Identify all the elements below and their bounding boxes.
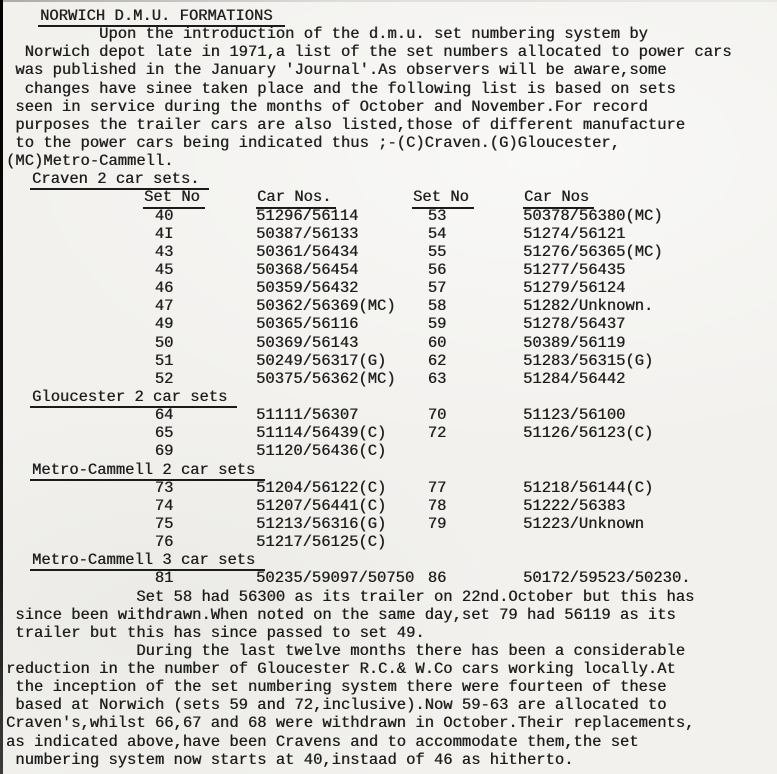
text-line: numbering system now starts at 40,instaa… — [6, 751, 777, 769]
car-nos-right-cell: 50378/56380(MC) — [523, 207, 663, 225]
set-no-left-cell: 64 — [116, 406, 212, 424]
scan-edge-artifact — [0, 0, 3, 774]
set-no-right-cell: 58 — [406, 297, 468, 315]
table-row: 65 51114/56439(C) 72 51126/56123(C) — [6, 424, 777, 442]
set-no-left-cell: 43 — [116, 243, 212, 261]
table-row: 43 50361/56434 55 51276/56365(MC) — [6, 243, 777, 261]
table-row: 75 51213/56316(G) 79 51223/Unknown — [6, 515, 777, 533]
set-no-left-cell: 75 — [116, 515, 212, 533]
text-line: was published in the January 'Journal'.A… — [6, 61, 777, 79]
table-row: 69 51120/56436(C) — [6, 442, 777, 460]
text-line: trailer but this has since passed to set… — [6, 624, 777, 642]
section-heading-line: Gloucester 2 car sets — [6, 388, 777, 406]
table-row: 64 51111/56307 70 51123/56100 — [6, 406, 777, 424]
set-no-right-cell: 55 — [406, 243, 468, 261]
table-row: 49 50365/56116 59 51278/56437 — [6, 315, 777, 333]
car-nos-left-cell: 51213/56316(G) — [256, 515, 386, 533]
table-body-craven: 40 51296/56114 53 50378/56380(MC) 4I 503… — [6, 207, 777, 388]
car-nos-right-cell: 51218/56144(C) — [523, 479, 653, 497]
set-no-left-cell: 65 — [116, 424, 212, 442]
set-no-right-cell: 63 — [406, 370, 468, 388]
set-no-left-cell: 52 — [116, 370, 212, 388]
table-row: 47 50362/56369(MC) 58 51282/Unknown. — [6, 297, 777, 315]
text-line: Norwich depot late in 1971,a list of the… — [6, 43, 777, 61]
table-row: 4I 50387/56133 54 51274/56121 — [6, 225, 777, 243]
set-no-left-cell: 4I — [116, 225, 212, 243]
set-no-left-cell: 49 — [116, 315, 212, 333]
set-no-right-cell: 79 — [406, 515, 468, 533]
car-nos-left-cell: 51204/56122(C) — [256, 479, 386, 497]
section-metro-cammell-3-car-sets: Metro-Cammell 3 car sets 81 50235/59097/… — [6, 551, 777, 587]
car-nos-right-cell: 51279/56124 — [523, 279, 625, 297]
set-no-right-cell: 70 — [406, 406, 468, 424]
set-no-right-cell: 53 — [406, 207, 468, 225]
set-no-left-cell: 69 — [116, 442, 212, 460]
car-nos-right-cell: 51284/56442 — [523, 370, 625, 388]
set-no-right-cell: 62 — [406, 352, 468, 370]
text-line: Craven's,whilst 66,67 and 68 were withdr… — [6, 714, 777, 732]
car-nos-left-cell: 51111/56307 — [256, 406, 358, 424]
page-title: NORWICH D.M.U. FORMATIONS — [38, 7, 285, 27]
col-header-car-nos-right: Car Nos — [523, 188, 594, 208]
text-line: based at Norwich (sets 59 and 72,inclusi… — [6, 696, 777, 714]
paragraph-trailer-notes: Set 58 had 56300 as its trailer on 22nd.… — [6, 588, 777, 642]
section-gloucester-2-car-sets: Gloucester 2 car sets 64 51111/56307 70 … — [6, 388, 777, 461]
table-header-row: Set No Car Nos. Set No Car Nos — [6, 188, 777, 206]
car-nos-right-cell: 51276/56365(MC) — [523, 243, 663, 261]
car-nos-left-cell: 50369/56143 — [256, 334, 358, 352]
set-no-left-cell: 51 — [116, 352, 212, 370]
text-line: During the last twelve months there has … — [6, 642, 777, 660]
section-metro-cammell-2-car-sets: Metro-Cammell 2 car sets 73 51204/56122(… — [6, 461, 777, 552]
car-nos-right-cell: 51123/56100 — [523, 406, 625, 424]
car-nos-right-cell: 51126/56123(C) — [523, 424, 653, 442]
table-row: 40 51296/56114 53 50378/56380(MC) — [6, 207, 777, 225]
text-line: since been withdrawn.When noted on the s… — [6, 606, 777, 624]
section-heading-line: Craven 2 car sets. — [6, 170, 777, 188]
car-nos-left-cell: 50365/56116 — [256, 315, 358, 333]
section-heading: Metro-Cammell 3 car sets — [30, 551, 265, 571]
text-line: changes have sinee taken place and the f… — [6, 80, 777, 98]
table-row: 74 51207/56441(C) 78 51222/56383 — [6, 497, 777, 515]
text-line: reduction in the number of Gloucester R.… — [6, 660, 777, 678]
set-no-right-cell: 57 — [406, 279, 468, 297]
car-nos-right-cell: 51283/56315(G) — [523, 352, 653, 370]
car-nos-left-cell: 51114/56439(C) — [256, 424, 386, 442]
set-no-right-cell: 86 — [406, 569, 468, 587]
car-nos-left-cell: 50235/59097/50750 — [256, 569, 414, 587]
set-no-left-cell: 50 — [116, 334, 212, 352]
car-nos-left-cell: 51120/56436(C) — [256, 442, 386, 460]
text-line: as indicated above,have been Cravens and… — [6, 733, 777, 751]
set-no-left-cell: 45 — [116, 261, 212, 279]
text-line: the inception of the set numbering syste… — [6, 678, 777, 696]
car-nos-left-cell: 50362/56369(MC) — [256, 297, 396, 315]
car-nos-right-cell: 51278/56437 — [523, 315, 625, 333]
title-line: NORWICH D.M.U. FORMATIONS — [6, 7, 777, 25]
table-row: 81 50235/59097/50750 86 50172/59523/5023… — [6, 569, 777, 587]
set-no-left-cell: 40 — [116, 207, 212, 225]
document-content: NORWICH D.M.U. FORMATIONS Upon the intro… — [6, 7, 777, 769]
car-nos-left-cell: 50387/56133 — [256, 225, 358, 243]
car-nos-right-cell: 51274/56121 — [523, 225, 625, 243]
document-page: NORWICH D.M.U. FORMATIONS Upon the intro… — [0, 0, 777, 774]
section-heading: Craven 2 car sets. — [30, 170, 209, 190]
table-row: 51 50249/56317(G) 62 51283/56315(G) — [6, 352, 777, 370]
car-nos-left-cell: 50361/56434 — [256, 243, 358, 261]
table-body-gloucester: 64 51111/56307 70 51123/56100 65 51114/5… — [6, 406, 777, 460]
text-line: purposes the trailer cars are also liste… — [6, 116, 777, 134]
table-body-metro-cammell-2: 73 51204/56122(C) 77 51218/56144(C) 74 5… — [6, 479, 777, 552]
set-no-left-cell: 74 — [116, 497, 212, 515]
section-heading-line: Metro-Cammell 3 car sets — [6, 551, 777, 569]
intro-paragraph: Upon the introduction of the d.m.u. set … — [6, 25, 777, 170]
set-no-right-cell: 60 — [406, 334, 468, 352]
col-header-set-no-left: Set No — [143, 188, 205, 208]
text-line: seen in service during the months of Oct… — [6, 98, 777, 116]
set-no-left-cell: 46 — [116, 279, 212, 297]
col-header-car-nos-left: Car Nos. — [256, 188, 336, 208]
col-header-set-no-right: Set No — [412, 188, 474, 208]
set-no-right-cell: 78 — [406, 497, 468, 515]
section-heading: Gloucester 2 car sets — [30, 388, 237, 408]
car-nos-right-cell: 51222/56383 — [523, 497, 625, 515]
set-no-left-cell: 47 — [116, 297, 212, 315]
set-no-right-cell: 54 — [406, 225, 468, 243]
section-heading-line: Metro-Cammell 2 car sets — [6, 461, 777, 479]
set-no-right-cell: 56 — [406, 261, 468, 279]
set-no-right-cell: 72 — [406, 424, 468, 442]
car-nos-right-cell: 51277/56435 — [523, 261, 625, 279]
text-line: Upon the introduction of the d.m.u. set … — [6, 25, 777, 43]
table-row: 50 50369/56143 60 50389/56119 — [6, 334, 777, 352]
car-nos-right-cell: 50389/56119 — [523, 334, 625, 352]
set-no-left-cell: 81 — [116, 569, 212, 587]
scan-top-line-artifact — [3, 0, 777, 2]
car-nos-right-cell: 51223/Unknown — [523, 515, 644, 533]
text-line: to the power cars being indicated thus ;… — [6, 134, 777, 152]
car-nos-left-cell: 50359/56432 — [256, 279, 358, 297]
car-nos-left-cell: 50375/56362(MC) — [256, 370, 396, 388]
set-no-left-cell: 73 — [116, 479, 212, 497]
car-nos-left-cell: 51207/56441(C) — [256, 497, 386, 515]
car-nos-left-cell: 51217/56125(C) — [256, 533, 386, 551]
car-nos-right-cell: 51282/Unknown. — [523, 297, 653, 315]
table-row: 46 50359/56432 57 51279/56124 — [6, 279, 777, 297]
car-nos-left-cell: 50249/56317(G) — [256, 352, 386, 370]
set-no-right-cell: 77 — [406, 479, 468, 497]
text-line: Set 58 had 56300 as its trailer on 22nd.… — [6, 588, 777, 606]
set-no-right-cell: 59 — [406, 315, 468, 333]
car-nos-left-cell: 51296/56114 — [256, 207, 358, 225]
table-row: 73 51204/56122(C) 77 51218/56144(C) — [6, 479, 777, 497]
table-body-metro-cammell-3: 81 50235/59097/50750 86 50172/59523/5023… — [6, 569, 777, 587]
section-craven-2-car-sets: Craven 2 car sets. Set No Car Nos. Set N… — [6, 170, 777, 388]
table-row: 45 50368/56454 56 51277/56435 — [6, 261, 777, 279]
table-row: 76 51217/56125(C) — [6, 533, 777, 551]
section-heading: Metro-Cammell 2 car sets — [30, 461, 265, 481]
set-no-left-cell: 76 — [116, 533, 212, 551]
paragraph-summary: During the last twelve months there has … — [6, 642, 777, 769]
text-line: (MC)Metro-Cammell. — [6, 152, 777, 170]
car-nos-left-cell: 50368/56454 — [256, 261, 358, 279]
car-nos-right-cell: 50172/59523/50230. — [523, 569, 690, 587]
table-row: 52 50375/56362(MC) 63 51284/56442 — [6, 370, 777, 388]
